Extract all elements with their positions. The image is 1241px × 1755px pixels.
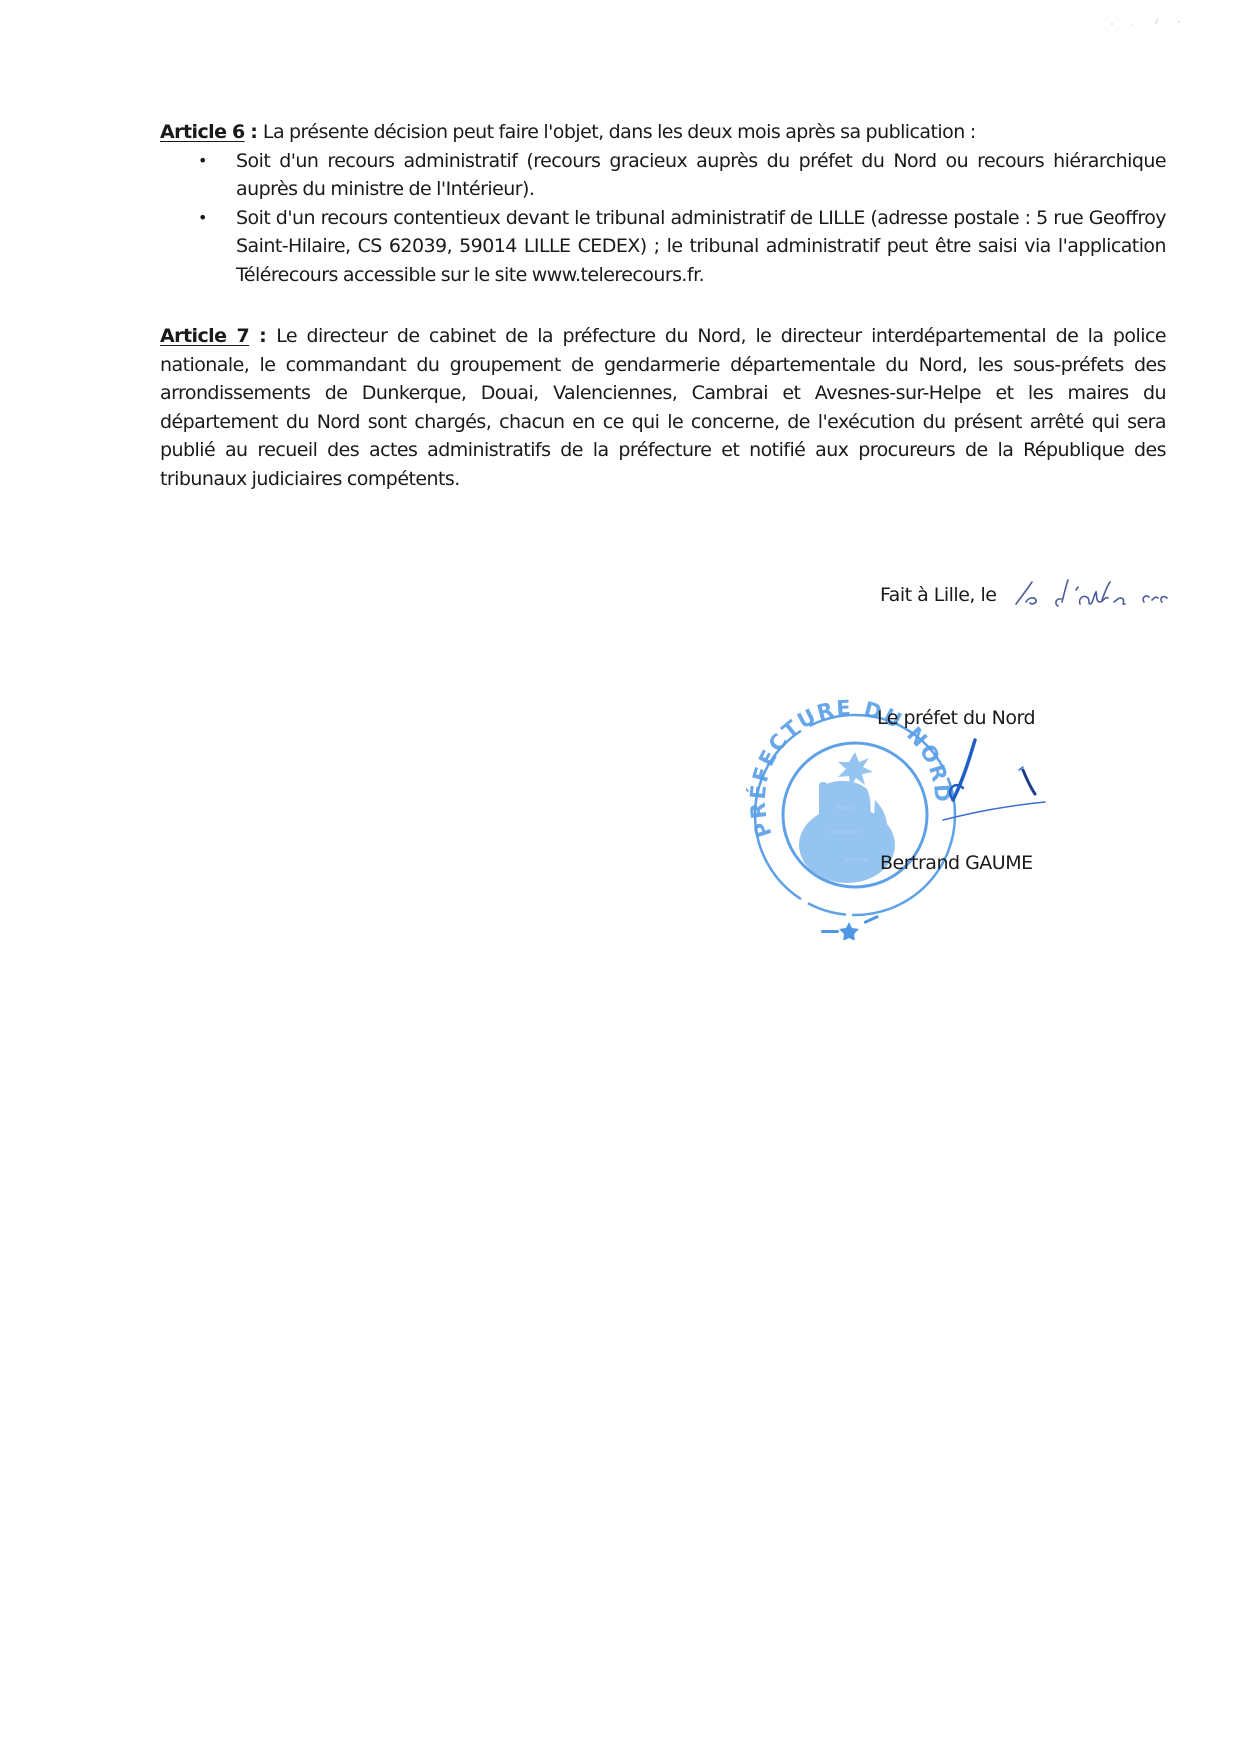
document-page: Article 6 : La présente décision peut fa… [0, 0, 1241, 1755]
article-6-separator: : [245, 121, 263, 143]
scan-artifact-icon [1100, 10, 1220, 30]
article-6: Article 6 : La présente décision peut fa… [160, 118, 1166, 289]
bullet-text: Soit d'un recours contentieux devant le … [236, 207, 1166, 286]
signatory-title: Le préfet du Nord [877, 707, 1035, 729]
bullet-icon: • [198, 147, 207, 176]
place-date-line: Fait à Lille, le [880, 584, 996, 606]
article-6-intro: Article 6 : La présente décision peut fa… [160, 118, 1166, 147]
article-7-label: Article 7 [160, 325, 249, 347]
list-item: • Soit d'un recours contentieux devant l… [236, 204, 1166, 290]
article-6-intro-text: La présente décision peut faire l'objet,… [263, 121, 976, 143]
bullet-text: Soit d'un recours administratif (recours… [236, 150, 1166, 201]
article-6-label: Article 6 [160, 121, 245, 143]
signatory-name: Bertrand GAUME [880, 852, 1033, 874]
bullet-icon: • [198, 204, 207, 233]
handwritten-signature-icon [935, 730, 1055, 850]
article-7-separator: : [249, 325, 276, 347]
handwritten-date-icon [1010, 570, 1210, 620]
article-7-text: Le directeur de cabinet de la préfecture… [160, 325, 1166, 490]
article-7: Article 7 : Le directeur de cabinet de l… [160, 322, 1166, 493]
list-item: • Soit d'un recours administratif (recou… [236, 147, 1166, 204]
article-6-bullet-list: • Soit d'un recours administratif (recou… [160, 147, 1166, 290]
